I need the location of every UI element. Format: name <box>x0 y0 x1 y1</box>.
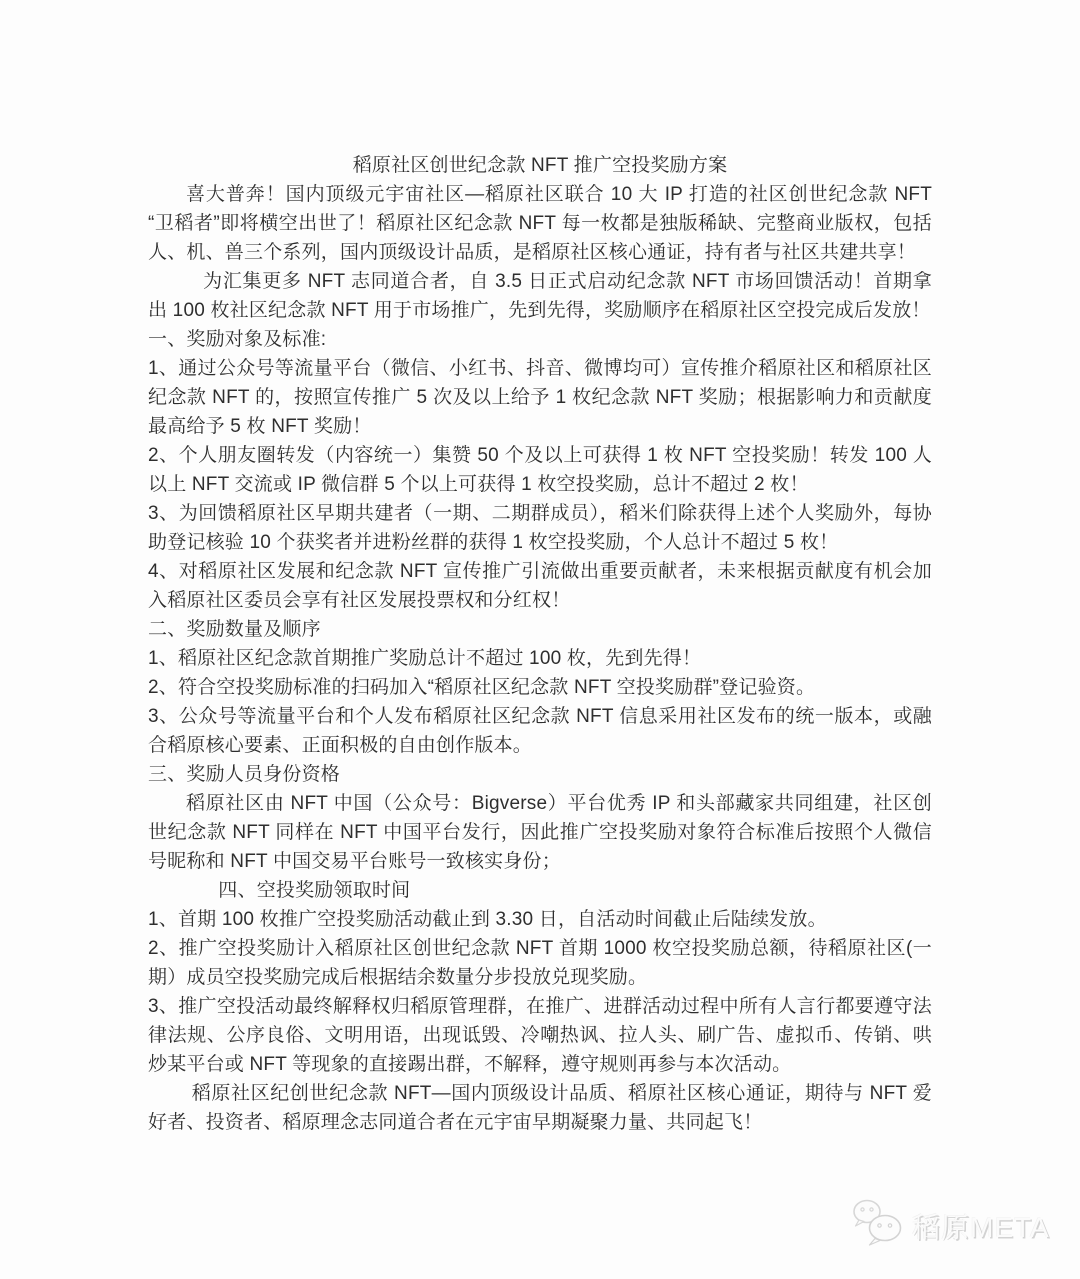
section-heading-4: 四、空投奖励领取时间 <box>148 876 932 905</box>
section-heading-3: 三、奖励人员身份资格 <box>148 760 932 789</box>
item-4-3: 3、推广空投活动最终解释权归稻原管理群，在推广、进群活动过程中所有人言行都要遵守… <box>148 992 932 1079</box>
watermark-label: 稻原META <box>912 1206 1050 1246</box>
intro-paragraph: 喜大普奔！国内顶级元宇宙社区—稻原社区联合 10 大 IP 打造的社区创世纪念款… <box>148 180 932 267</box>
section-heading-2: 二、奖励数量及顺序 <box>148 615 932 644</box>
item-2-2: 2、符合空投奖励标准的扫码加入“稻原社区纪念款 NFT 空投奖励群”登记验资。 <box>148 673 932 702</box>
item-1-3: 3、为回馈稻原社区早期共建者（一期、二期群成员），稻米们除获得上述个人奖励外，每… <box>148 499 932 557</box>
item-4-2: 2、推广空投奖励计入稻原社区创世纪念款 NFT 首期 1000 枚空投奖励总额，… <box>148 934 932 992</box>
campaign-paragraph: 为汇集更多 NFT 志同道合者，自 3.5 日正式启动纪念款 NFT 市场回馈活… <box>148 267 932 325</box>
closing-paragraph: 稻原社区纪创世纪念款 NFT—国内顶级设计品质、稻原社区核心通证，期待与 NFT… <box>148 1079 932 1137</box>
document-body: 稻原社区创世纪念款 NFT 推广空投奖励方案 喜大普奔！国内顶级元宇宙社区—稻原… <box>148 151 932 1137</box>
document-title: 稻原社区创世纪念款 NFT 推广空投奖励方案 <box>148 151 932 180</box>
item-2-1: 1、稻原社区纪念款首期推广奖励总计不超过 100 枚，先到先得！ <box>148 644 932 673</box>
wechat-bubbles-icon <box>851 1198 907 1253</box>
item-2-3: 3、公众号等流量平台和个人发布稻原社区纪念款 NFT 信息采用社区发布的统一版本… <box>148 702 932 760</box>
item-4-1: 1、首期 100 枚推广空投奖励活动截止到 3.30 日，自活动时间截止后陆续发… <box>148 905 932 934</box>
account-watermark: 稻原META <box>851 1198 1050 1253</box>
section-heading-1: 一、奖励对象及标准: <box>148 325 932 354</box>
document-page: 稻原社区创世纪念款 NFT 推广空投奖励方案 喜大普奔！国内顶级元宇宙社区—稻原… <box>0 0 1080 1279</box>
identity-paragraph: 稻原社区由 NFT 中国（公众号：Bigverse）平台优秀 IP 和头部藏家共… <box>148 789 932 876</box>
item-1-2: 2、个人朋友圈转发（内容统一）集赞 50 个及以上可获得 1 枚 NFT 空投奖… <box>148 441 932 499</box>
item-1-1: 1、通过公众号等流量平台（微信、小红书、抖音、微博均可）宣传推介稻原社区和稻原社… <box>148 354 932 441</box>
item-1-4: 4、对稻原社区发展和纪念款 NFT 宣传推广引流做出重要贡献者，未来根据贡献度有… <box>148 557 932 615</box>
